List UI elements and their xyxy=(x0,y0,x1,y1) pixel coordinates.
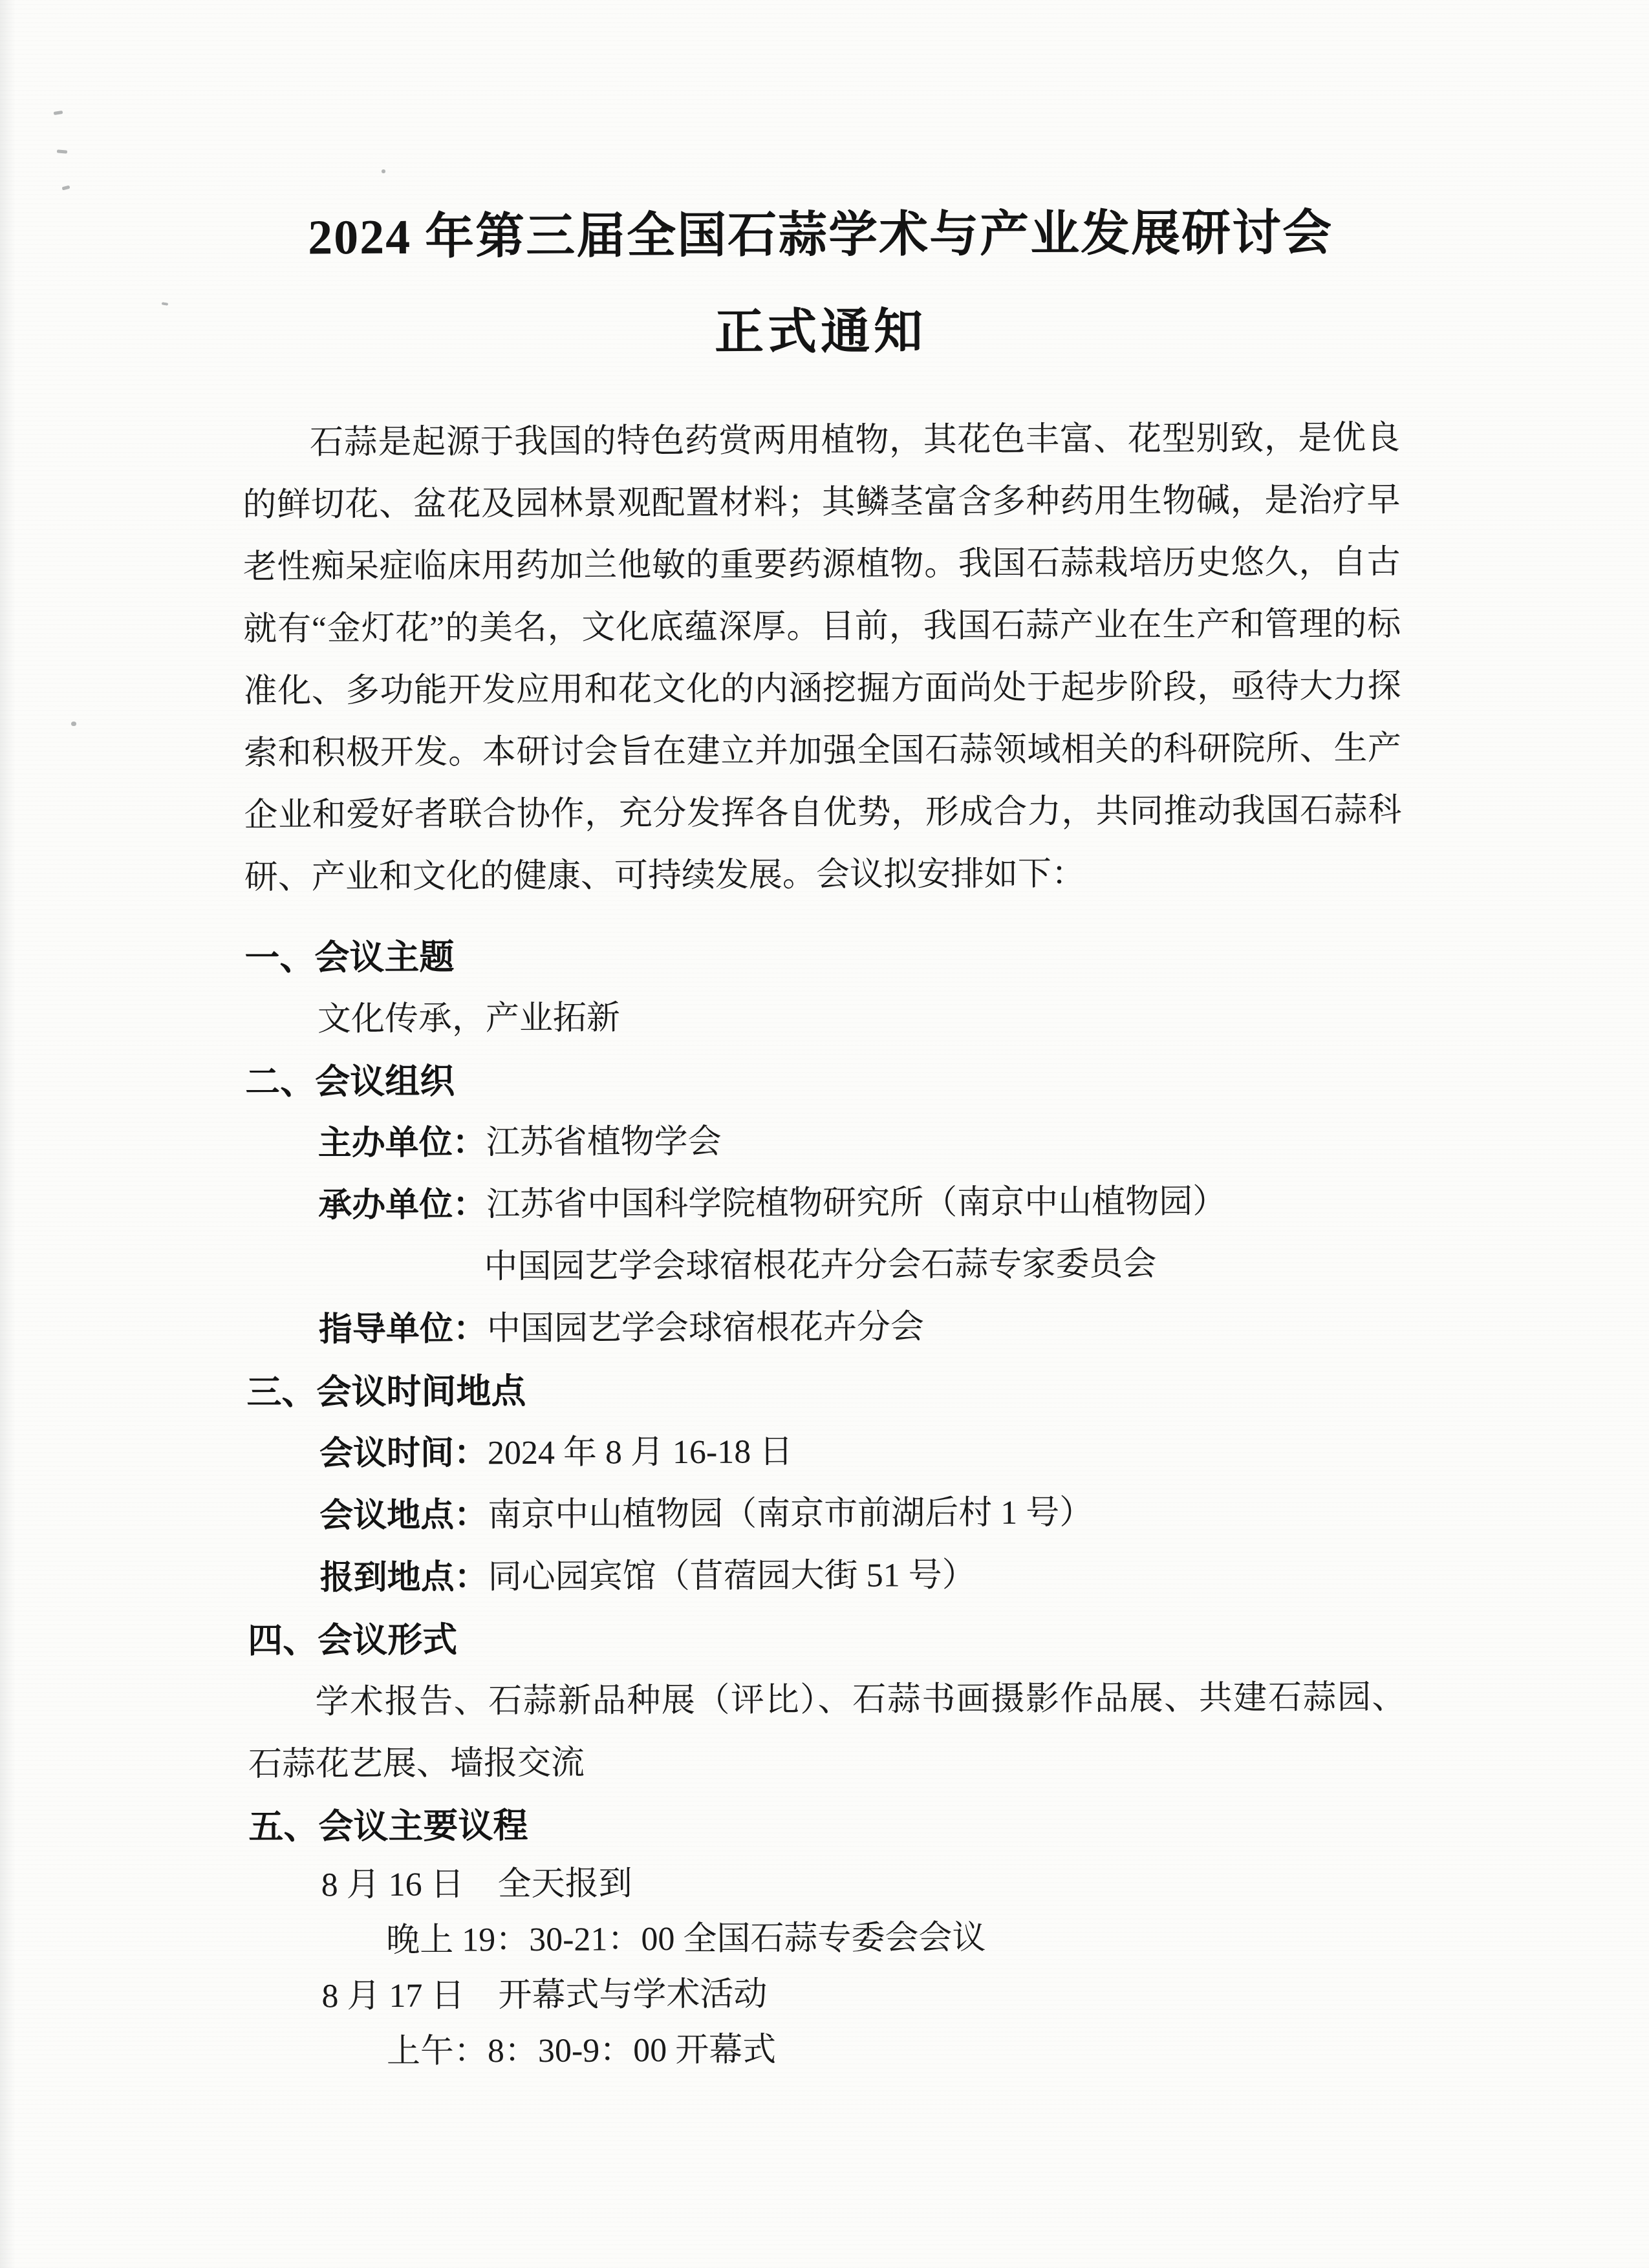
meeting-time-value: 2024 年 8 月 16-18 日 xyxy=(488,1433,793,1471)
checkin-location-line: 报到地点：同心园宾馆（苜蓿园大街 51 号） xyxy=(319,1543,1405,1609)
scan-speck xyxy=(162,302,169,306)
host-unit-line: 主办单位：江苏省植物学会 xyxy=(318,1108,1403,1175)
meeting-venue-value: 南京中山植物园（南京市前湖后村 1 号） xyxy=(488,1494,1093,1534)
organizer-unit-line: 承办单位：江苏省中国科学院植物研究所（南京中山植物园） xyxy=(318,1170,1403,1237)
meeting-venue-label: 会议地点： xyxy=(319,1497,488,1534)
organizer-unit-label: 承办单位： xyxy=(318,1186,486,1224)
advisor-unit-line: 指导单位：中国园艺学会球宿根花卉分会 xyxy=(319,1294,1404,1361)
advisor-unit-label: 指导单位： xyxy=(319,1311,487,1348)
document-subtitle: 正式通知 xyxy=(242,294,1399,371)
section-3-heading: 三、会议时间地点 xyxy=(246,1356,1404,1424)
agenda-day2: 8 月 17 日 开幕式与学术活动 xyxy=(321,1964,1406,2024)
scan-speck xyxy=(57,149,67,153)
scan-speck xyxy=(54,111,63,115)
scan-speck xyxy=(71,722,76,726)
section-2-heading: 二、会议组织 xyxy=(245,1046,1403,1113)
scanned-document-page: 2024 年第三届全国石蒜学术与产业发展研讨会 正式通知 石蒜是起源于我国的特色… xyxy=(0,0,1649,2268)
document-title: 2024 年第三届全国石蒜学术与产业发展研讨会 xyxy=(241,197,1399,274)
intro-paragraph: 石蒜是起源于我国的特色药赏两用植物，其花色丰富、花型别致，是优良的鲜切花、盆花及… xyxy=(242,407,1402,909)
agenda-day1-evening: 晚上 19：30-21：00 全国石蒜专委会会议 xyxy=(386,1909,1406,1969)
host-unit-label: 主办单位： xyxy=(318,1124,486,1162)
meeting-time-label: 会议时间： xyxy=(319,1435,488,1472)
meeting-venue-line: 会议地点：南京中山植物园（南京市前湖后村 1 号） xyxy=(319,1481,1405,1547)
advisor-unit-value: 中国园艺学会球宿根花卉分会 xyxy=(487,1309,924,1347)
scan-edge-shading xyxy=(0,0,16,2268)
host-unit-value: 江苏省植物学会 xyxy=(486,1124,722,1162)
scan-speck xyxy=(62,186,70,191)
section-1-heading: 一、会议主题 xyxy=(244,922,1402,989)
checkin-location-value: 同心园宾馆（苜蓿园大街 51 号） xyxy=(488,1557,976,1596)
section-5-heading: 五、会议主要议程 xyxy=(248,1791,1406,1858)
agenda-day1: 8 月 16 日 全天报到 xyxy=(321,1853,1406,1913)
conference-theme: 文化传承，产业拓新 xyxy=(318,984,1403,1051)
section-4-heading: 四、会议形式 xyxy=(248,1605,1405,1672)
checkin-location-label: 报到地点： xyxy=(320,1559,488,1596)
document-content: 2024 年第三届全国石蒜学术与产业发展研讨会 正式通知 石蒜是起源于我国的特色… xyxy=(241,0,1407,2081)
agenda-day2-morning: 上午：8：30-9：00 开幕式 xyxy=(387,2020,1407,2080)
conference-formats: 学术报告、石蒜新品种展（评比）、石蒜书画摄影作品展、共建石蒜园、石蒜花艺展、墙报… xyxy=(248,1667,1406,1796)
organizer-unit-line2: 中国园艺学会球宿根花卉分会石蒜专家委员会 xyxy=(484,1232,1403,1298)
organizer-unit-value: 江苏省中国科学院植物研究所（南京中山植物园） xyxy=(486,1183,1226,1223)
meeting-time-line: 会议时间：2024 年 8 月 16-18 日 xyxy=(319,1418,1405,1485)
